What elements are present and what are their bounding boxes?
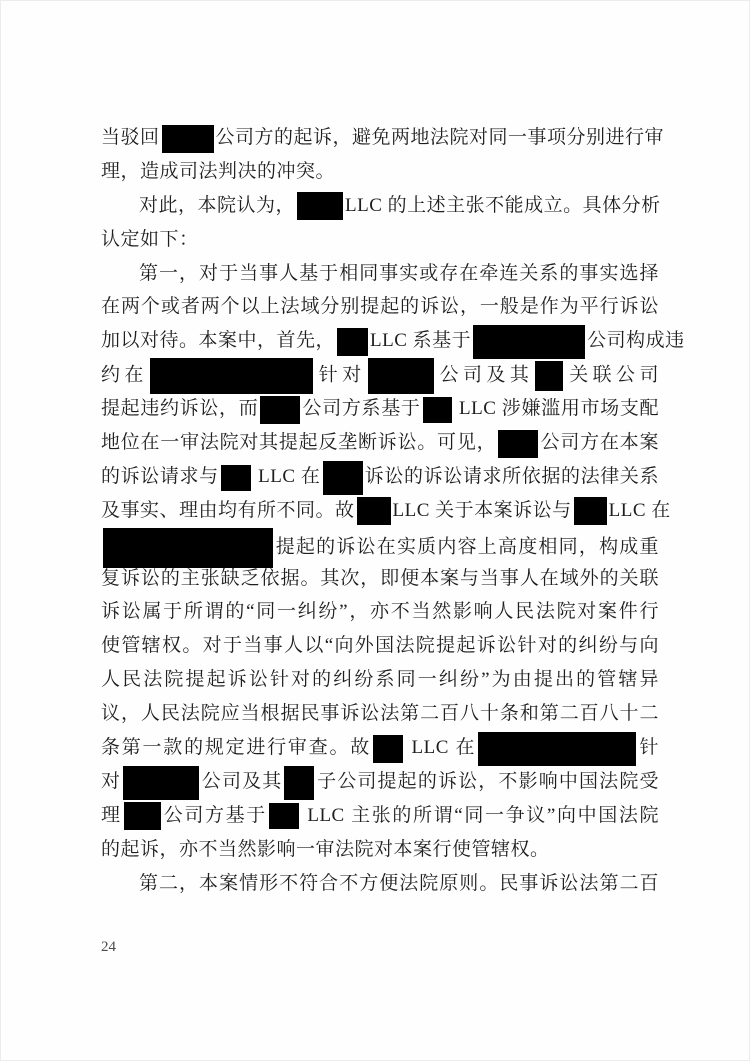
redaction-bar bbox=[123, 766, 199, 800]
text-run: LLC 在 bbox=[405, 737, 476, 758]
text-line: 议，人民法院应当根据民事诉讼法第二百八十条和第二百八十二 bbox=[101, 697, 659, 731]
text-run: 理，造成司法判决的冲突。 bbox=[101, 161, 335, 182]
redaction-bar bbox=[124, 802, 161, 830]
redaction-bar bbox=[260, 396, 300, 424]
text-line: 的起诉，亦不当然影响一审法院对本案行使管辖权。 bbox=[101, 833, 659, 867]
text-run: 约在 bbox=[101, 365, 148, 386]
text-run: 公司方基于 bbox=[163, 805, 267, 826]
text-run: LLC 的上述主张不能成立。具体分析 bbox=[345, 195, 661, 216]
redaction-bar bbox=[162, 125, 214, 153]
text-run: 针 bbox=[638, 737, 659, 758]
redaction-bar bbox=[323, 461, 363, 495]
redaction-bar bbox=[284, 766, 314, 800]
text-run: 的起诉，亦不当然影响一审法院对本案行使管辖权。 bbox=[101, 839, 550, 860]
text-line: 诉讼属于所谓的“同一纠纷”，亦不当然影响人民法院对案件行 bbox=[101, 595, 659, 629]
text-run: 公司方系基于 bbox=[302, 398, 420, 419]
text-run: 关联公司 bbox=[565, 365, 659, 386]
text-line: 理，造成司法判决的冲突。 bbox=[101, 155, 659, 189]
redaction-bar bbox=[574, 497, 607, 525]
redaction-bar bbox=[473, 325, 585, 359]
text-line: 第一，对于当事人基于相同事实或存在牵连关系的事实选择 bbox=[101, 257, 659, 291]
text-run: 及事实、理由均有所不同。故 bbox=[101, 500, 355, 521]
text-line: 提起违约诉讼，而公司方系基于 LLC 涉嫌滥用市场支配 bbox=[101, 392, 659, 426]
text-run: 当驳回 bbox=[101, 127, 160, 148]
redaction-bar bbox=[269, 803, 299, 829]
text-run: 加以对待。本案中，首先， bbox=[101, 330, 335, 351]
text-line: 约在针对公司及其关联公司 bbox=[101, 358, 659, 392]
text-run: 条第一款的规定进行审查。故 bbox=[101, 737, 371, 758]
redaction-bar bbox=[357, 497, 391, 525]
redaction-bar bbox=[150, 358, 313, 394]
text-line: 第二，本案情形不符合不方便法院原则。民事诉讼法第二百 bbox=[101, 867, 659, 901]
text-run: 对 bbox=[101, 771, 121, 792]
text-line: 对此，本院认为，LLC 的上述主张不能成立。具体分析 bbox=[101, 189, 659, 223]
text-run: 针对 bbox=[315, 365, 366, 386]
text-run: 公司构成违 bbox=[587, 330, 685, 351]
text-run: LLC 主张的所谓“同一争议”向中国法院 bbox=[301, 805, 659, 826]
redaction-bar bbox=[221, 465, 251, 491]
text-line: 复诉讼的主张缺乏依据。其次，即便本案与当事人在域外的关联 bbox=[101, 562, 659, 596]
text-run: 公司及其 bbox=[436, 365, 534, 386]
text-line: 人民法院提起诉讼针对的纠纷系同一纠纷”为由提出的管辖异 bbox=[101, 663, 659, 697]
text-run: 对此，本院认为， bbox=[139, 195, 295, 216]
text-line: 及事实、理由均有所不同。故LLC 关于本案诉讼与LLC 在 bbox=[101, 494, 659, 528]
redaction-bar bbox=[535, 361, 563, 391]
text-run: LLC 系基于 bbox=[370, 330, 471, 351]
text-run: 使管辖权。对于当事人以“向外国法院提起诉讼针对的纠纷与向 bbox=[101, 635, 659, 656]
text-line: 提起的诉讼在实质内容上高度相同，构成重 bbox=[101, 528, 659, 562]
text-run: 理 bbox=[101, 805, 122, 826]
text-line: 理公司方基于 LLC 主张的所谓“同一争议”向中国法院 bbox=[101, 799, 659, 833]
redaction-bar bbox=[498, 430, 538, 458]
text-run: 人民法院提起诉讼针对的纠纷系同一纠纷”为由提出的管辖异 bbox=[101, 669, 659, 690]
text-run: LLC 在 bbox=[253, 466, 321, 487]
text-run: 公司及其 bbox=[201, 771, 282, 792]
text-run: 公司方的起诉，避免两地法院对同一事项分别进行审 bbox=[216, 127, 665, 148]
text-run: 第一，对于当事人基于相同事实或存在牵连关系的事实选择 bbox=[139, 263, 659, 284]
text-run: LLC 在 bbox=[609, 500, 671, 521]
redaction-bar bbox=[478, 732, 636, 766]
text-run: 提起的诉讼在实质内容上高度相同，构成重 bbox=[275, 536, 659, 557]
text-line: 条第一款的规定进行审查。故 LLC 在针 bbox=[101, 731, 659, 765]
redaction-bar bbox=[368, 358, 434, 394]
text-run: LLC 涉嫌滥用市场支配 bbox=[454, 398, 659, 419]
text-run: LLC 关于本案诉讼与 bbox=[393, 500, 572, 521]
text-line: 在两个或者两个以上法域分别提起的诉讼，一般是作为平行诉讼 bbox=[101, 290, 659, 324]
text-run: 在两个或者两个以上法域分别提起的诉讼，一般是作为平行诉讼 bbox=[101, 296, 659, 317]
text-run: 认定如下： bbox=[101, 229, 199, 250]
redaction-bar bbox=[337, 328, 368, 356]
text-run: 提起违约诉讼，而 bbox=[101, 398, 258, 419]
redaction-bar bbox=[373, 735, 403, 763]
text-run: 议，人民法院应当根据民事诉讼法第二百八十条和第二百八十二 bbox=[101, 703, 659, 724]
text-line: 认定如下： bbox=[101, 223, 659, 257]
page-number: 24 bbox=[101, 939, 116, 956]
text-line: 地位在一审法院对其提起反垄断诉讼。可见，公司方在本案 bbox=[101, 426, 659, 460]
text-line: 加以对待。本案中，首先，LLC 系基于公司构成违 bbox=[101, 324, 659, 358]
text-line: 的诉讼请求与 LLC 在诉讼的诉讼请求所依据的法律关系 bbox=[101, 460, 659, 494]
text-run: 诉讼属于所谓的“同一纠纷”，亦不当然影响人民法院对案件行 bbox=[101, 601, 659, 622]
text-line: 对公司及其子公司提起的诉讼，不影响中国法院受 bbox=[101, 765, 659, 799]
redaction-bar bbox=[423, 397, 452, 423]
document-page: 当驳回公司方的起诉，避免两地法院对同一事项分别进行审理，造成司法判决的冲突。对此… bbox=[0, 0, 750, 1061]
text-run: 复诉讼的主张缺乏依据。其次，即便本案与当事人在域外的关联 bbox=[101, 568, 659, 589]
text-line: 当驳回公司方的起诉，避免两地法院对同一事项分别进行审 bbox=[101, 121, 659, 155]
text-run: 第二，本案情形不符合不方便法院原则。民事诉讼法第二百 bbox=[139, 873, 659, 894]
text-line: 使管辖权。对于当事人以“向外国法院提起诉讼针对的纠纷与向 bbox=[101, 629, 659, 663]
redaction-bar bbox=[297, 192, 343, 220]
text-block: 当驳回公司方的起诉，避免两地法院对同一事项分别进行审理，造成司法判决的冲突。对此… bbox=[101, 121, 659, 900]
text-run: 的诉讼请求与 bbox=[101, 466, 219, 487]
text-run: 公司方在本案 bbox=[540, 432, 659, 453]
text-run: 地位在一审法院对其提起反垄断诉讼。可见， bbox=[101, 432, 496, 453]
text-run: 子公司提起的诉讼，不影响中国法院受 bbox=[316, 771, 659, 792]
text-run: 诉讼的诉讼请求所依据的法律关系 bbox=[365, 466, 659, 487]
